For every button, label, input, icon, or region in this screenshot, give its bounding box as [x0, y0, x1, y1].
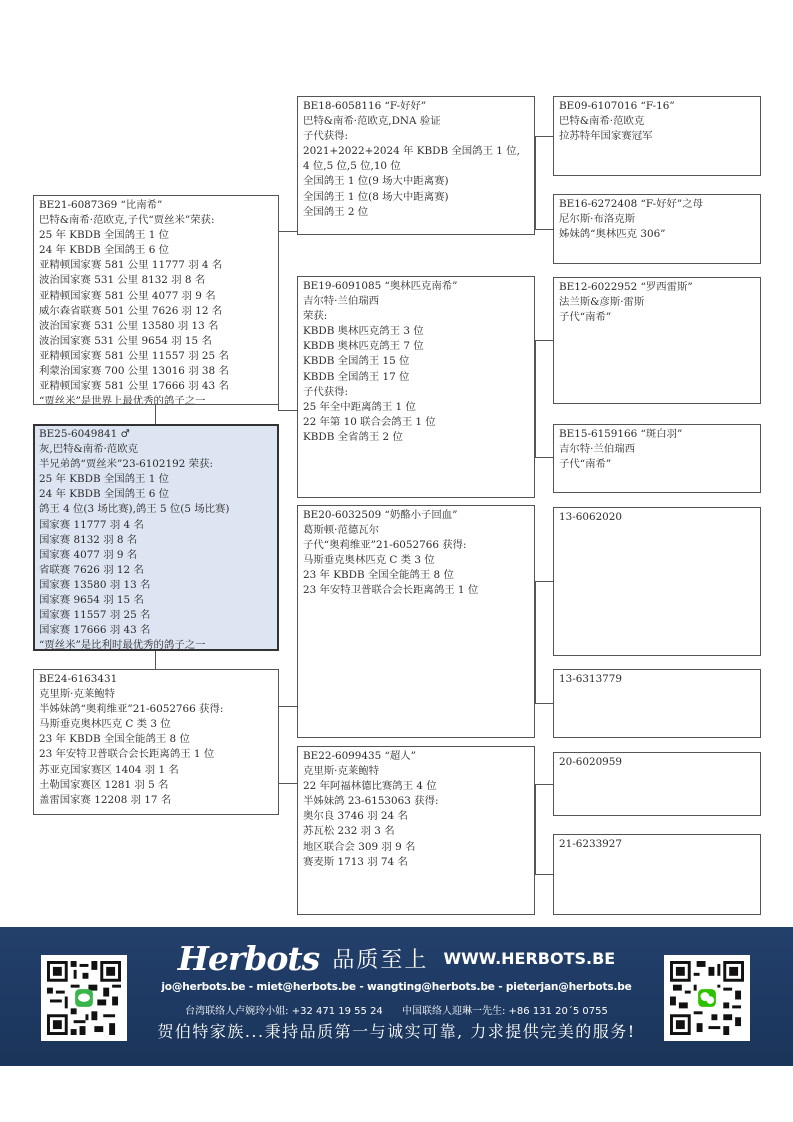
gp-text: 2021+2022+2024 年 KBDB 全国鸽王 1 位, — [303, 144, 529, 159]
subject-result: 25 年 KBDB 全国鸽王 1 位 — [39, 472, 273, 487]
ggp-ring: 20-6020959 — [559, 755, 755, 770]
ggp-ring: BE09-6107016 “F-16” — [559, 99, 755, 114]
dam-ring: BE24-6163431 — [39, 672, 273, 687]
gp-ring: BE18-6058116 “F-好好” — [303, 99, 529, 114]
gp-breeder: 葛斯顿·范德瓦尔 — [303, 523, 529, 538]
gp-text: KBDB 奥林匹克鸽王 3 位 — [303, 324, 529, 339]
subject-result: 国家赛 11777 羽 4 名 — [39, 518, 273, 533]
ggp-breeder: 法兰斯&彦斯·雷斯 — [559, 295, 755, 310]
subject-ring: BE25-6049841 ♂ — [39, 427, 273, 442]
ggp-card-5: 13-6062020 — [553, 507, 761, 656]
gp-text: 荣获: — [303, 309, 529, 324]
connector-bracket-1 — [535, 136, 536, 230]
granddam-paternal-card: BE19-6091085 “奥林匹克南希” 吉尔特·兰伯瑞西 荣获: KBDB … — [297, 276, 535, 498]
connector-ggp-4 — [535, 457, 553, 458]
gp-breeder: 巴特&南希·范欧克,DNA 验证 — [303, 114, 529, 129]
sire-result: 24 年 KBDB 全国鸽王 6 位 — [39, 243, 273, 258]
ggp-card-3: BE12-6022952 “罗西雷斯” 法兰斯&彦斯·雷斯 子代“南希” — [553, 277, 761, 404]
connector-ggp-3 — [535, 340, 553, 341]
ggp-text: 拉苏特年国家赛冠军 — [559, 129, 755, 144]
connector-bracket-2 — [535, 340, 536, 458]
ggp-breeder: 尼尔斯·布洛克斯 — [559, 212, 755, 227]
connector-subject-dam — [155, 651, 156, 669]
gp-text: 马斯垂克奥林匹克 C 类 3 位 — [303, 553, 529, 568]
ggp-ring: BE12-6022952 “罗西雷斯” — [559, 280, 755, 295]
gp-text: 22 年第 10 联合会鸽王 1 位 — [303, 415, 529, 430]
gp-text: 全国鸽王 1 位(8 场大中距离赛) — [303, 190, 529, 205]
subject-result: 国家赛 9654 羽 15 名 — [39, 593, 273, 608]
ggp-breeder: 巴特&南希·范欧克 — [559, 114, 755, 129]
ggp-text: 姊妹鸽“奥林匹克 306” — [559, 227, 755, 242]
sire-result: 威尔森省联赛 501 公里 7626 羽 12 名 — [39, 304, 273, 319]
dam-card: BE24-6163431 克里斯·克莱鲍特 半姊妹鸽“奥莉维亚”21-60527… — [33, 669, 279, 815]
connector-sire-grandsire — [278, 231, 297, 232]
gp-text: 地区联合会 309 羽 9 名 — [303, 840, 529, 855]
gp-text: 子代获得: — [303, 129, 529, 144]
gp-text: 4 位,5 位,5 位,10 位 — [303, 159, 529, 174]
sire-result: 亚精顿国家赛 581 公里 11557 羽 25 名 — [39, 349, 273, 364]
ggp-card-4: BE15-6159166 “斑白羽” 吉尔特·兰伯瑞西 子代“南希” — [553, 424, 761, 493]
gp-breeder: 吉尔特·兰伯瑞西 — [303, 294, 529, 309]
dam-result: 土勒国家赛区 1281 羽 5 名 — [39, 778, 273, 793]
connector-dam-granddam — [278, 783, 297, 784]
ggp-card-8: 21-6233927 — [553, 834, 761, 915]
grandsire-maternal-card: BE20-6032509 “奶酪小子回血” 葛斯顿·范德瓦尔 子代“奥莉维亚”2… — [297, 505, 535, 738]
sire-card: BE21-6087369 “比南希” 巴特&南希·范欧克,子代“贾丝米”荣获: … — [33, 195, 279, 405]
sire-result: 波治国家赛 531 公里 8132 羽 8 名 — [39, 273, 273, 288]
sire-result: 波治国家赛 531 公里 9654 羽 15 名 — [39, 334, 273, 349]
gp-breeder: 克里斯·克莱鲍特 — [303, 764, 529, 779]
connector-ggp-8 — [535, 874, 553, 875]
wechat-qr-code[interactable] — [664, 955, 750, 1041]
connector-sire-bracket — [278, 231, 279, 411]
sire-result: 利蒙治国家赛 700 公里 13016 羽 38 名 — [39, 364, 273, 379]
subject-color-breeder: 灰,巴特&南希·范欧克 — [39, 442, 273, 457]
connector-ggp-7 — [535, 784, 553, 785]
gp-text: 半姊妹鸽 23-6153063 获得: — [303, 794, 529, 809]
ggp-ring: BE15-6159166 “斑白羽” — [559, 427, 755, 442]
dam-breeder: 克里斯·克莱鲍特 — [39, 687, 273, 702]
contact-china: 中国联络人迎琳一先生: +86 131 20´5 0755 — [402, 1006, 608, 1017]
gp-text: 22 年阿福林德比赛鸽王 4 位 — [303, 779, 529, 794]
gp-text: 全国鸽王 2 位 — [303, 205, 529, 220]
gp-text: 苏瓦松 232 羽 3 名 — [303, 824, 529, 839]
connector-bracket-4 — [535, 784, 536, 875]
gp-text: KBDB 全国鸽王 15 位 — [303, 354, 529, 369]
contact-taiwan: 台湾联络人卢婉玲小姐: +32 471 19 55 24 — [185, 1006, 383, 1017]
dam-result: 23 年安特卫普联合会长距离鸽王 1 位 — [39, 747, 273, 762]
connector-sire-granddam — [278, 410, 297, 411]
gp-ring: BE22-6099435 “超人” — [303, 749, 529, 764]
sire-note: “贾丝米”是世界上最优秀的鸽子之一 — [39, 394, 273, 405]
website-link[interactable]: WWW.HERBOTS.BE — [443, 949, 615, 968]
connector-bracket-3 — [535, 581, 536, 704]
gp-text: 子代获得: — [303, 385, 529, 400]
sire-ring: BE21-6087369 “比南希” — [39, 198, 273, 213]
gp-text: 奥尔良 3746 羽 24 名 — [303, 809, 529, 824]
dam-result: 马斯垂克奥林匹克 C 类 3 位 — [39, 717, 273, 732]
subject-note: “贾丝米”是比利时最优秀的鸽子之一 — [39, 638, 273, 651]
gp-ring: BE19-6091085 “奥林匹克南希” — [303, 279, 529, 294]
sire-result: 亚精顿国家赛 581 公里 17666 羽 43 名 — [39, 379, 273, 394]
sire-breeder: 巴特&南希·范欧克,子代“贾丝米”荣获: — [39, 213, 273, 228]
sire-result: 波治国家赛 531 公里 13580 羽 13 名 — [39, 319, 273, 334]
ggp-ring: 13-6062020 — [559, 510, 755, 525]
ggp-card-1: BE09-6107016 “F-16” 巴特&南希·范欧克 拉苏特年国家赛冠军 — [553, 96, 761, 176]
gp-text: KBDB 奥林匹克鸽王 7 位 — [303, 339, 529, 354]
connector-dam-grandsire — [278, 706, 297, 707]
granddam-maternal-card: BE22-6099435 “超人” 克里斯·克莱鲍特 22 年阿福林德比赛鸽王 … — [297, 746, 535, 915]
connector-ggp-1 — [535, 136, 553, 137]
dam-sibling: 半姊妹鸽“奥莉维亚”21-6052766 获得: — [39, 702, 273, 717]
dam-result: 盖雷国家赛 12208 羽 17 名 — [39, 793, 273, 808]
sire-result: 亚精顿国家赛 581 公里 4077 羽 9 名 — [39, 289, 273, 304]
gp-text: 23 年 KBDB 全国全能鸽王 8 位 — [303, 568, 529, 583]
sire-result: 25 年 KBDB 全国鸽王 1 位 — [39, 228, 273, 243]
gp-text: KBDB 全省鸽王 2 位 — [303, 430, 529, 445]
subject-pigeon-card: BE25-6049841 ♂ 灰,巴特&南希·范欧克 半兄弟鸽“贾丝米”23-6… — [33, 424, 279, 651]
dam-result: 23 年 KBDB 全国全能鸽王 8 位 — [39, 732, 273, 747]
qr-code-icon — [670, 961, 744, 1035]
subject-result: 国家赛 8132 羽 8 名 — [39, 533, 273, 548]
dam-result: 苏亚克国家赛区 1404 羽 1 名 — [39, 763, 273, 778]
herbots-logo: Herbots — [178, 939, 319, 978]
gp-text: 赛麦斯 1713 羽 74 名 — [303, 855, 529, 870]
subject-result: 鸽王 4 位(3 场比赛),鸽王 5 位(5 场比赛) — [39, 502, 273, 517]
gp-text: 全国鸽王 1 位(9 场大中距离赛) — [303, 174, 529, 189]
gp-text: KBDB 全国鸽王 17 位 — [303, 370, 529, 385]
grandsire-paternal-card: BE18-6058116 “F-好好” 巴特&南希·范欧克,DNA 验证 子代获… — [297, 96, 535, 235]
connector-ggp-6 — [535, 703, 553, 704]
gp-text: 子代“奥莉维亚”21-6052766 获得: — [303, 538, 529, 553]
ggp-ring: 13-6313779 — [559, 672, 755, 687]
connector-ggp-2 — [535, 229, 553, 230]
connector-ggp-5 — [535, 581, 553, 582]
subject-result: 国家赛 17666 羽 43 名 — [39, 623, 273, 638]
ggp-card-6: 13-6313779 — [553, 669, 761, 738]
sire-result: 亚精顿国家赛 581 公里 11777 羽 4 名 — [39, 258, 273, 273]
ggp-ring: 21-6233927 — [559, 837, 755, 852]
gp-text: 23 年安特卫普联合会长距离鸽王 1 位 — [303, 583, 529, 598]
ggp-breeder: 吉尔特·兰伯瑞西 — [559, 442, 755, 457]
subject-result: 省联赛 7626 羽 12 名 — [39, 563, 273, 578]
gp-text: 25 年全中距离鸽王 1 位 — [303, 400, 529, 415]
subject-result: 国家赛 11557 羽 25 名 — [39, 608, 273, 623]
ggp-card-7: 20-6020959 — [553, 752, 761, 816]
subject-result: 国家赛 4077 羽 9 名 — [39, 548, 273, 563]
brand-slogan: 品质至上 — [332, 948, 428, 973]
ggp-text: 子代“南希” — [559, 457, 755, 472]
ggp-ring: BE16-6272408 “F-好好”之母 — [559, 197, 755, 212]
ggp-text: 子代“南希” — [559, 310, 755, 325]
subject-result: 24 年 KBDB 全国鸽王 6 位 — [39, 487, 273, 502]
ggp-card-2: BE16-6272408 “F-好好”之母 尼尔斯·布洛克斯 姊妹鸽“奥林匹克 … — [553, 194, 761, 264]
gp-ring: BE20-6032509 “奶酪小子回血” — [303, 508, 529, 523]
subject-sibling: 半兄弟鸽“贾丝米”23-6102192 荣获: — [39, 457, 273, 472]
connector-subject-sire — [155, 405, 156, 424]
subject-result: 国家赛 13580 羽 13 名 — [39, 578, 273, 593]
footer-banner: Herbots 品质至上 WWW.HERBOTS.BE jo@herbots.b… — [0, 927, 793, 1066]
connector-dam-bracket — [278, 706, 279, 784]
